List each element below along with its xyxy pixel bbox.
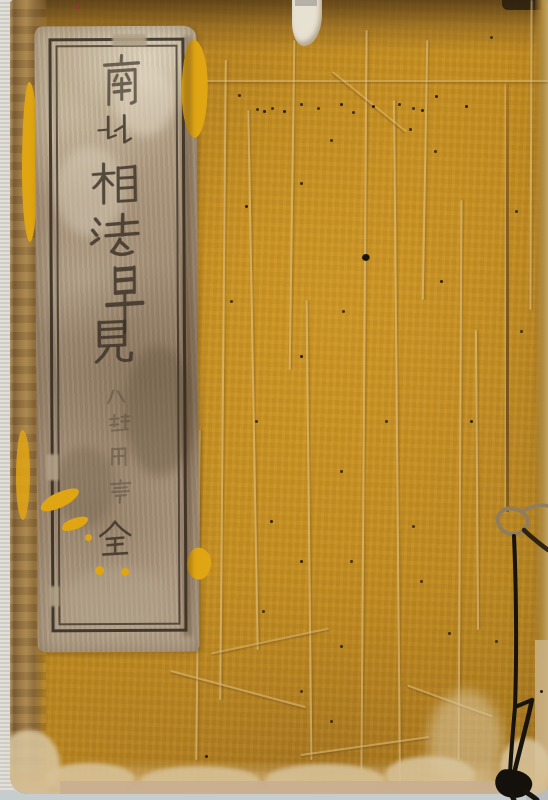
diagonal-crease (300, 736, 429, 756)
title-char-3 (91, 160, 143, 208)
horizontal-crease (195, 80, 548, 82)
crease-line (529, 0, 532, 310)
inscription-char (103, 386, 129, 408)
crease-line (219, 60, 227, 700)
title-char-2 (95, 113, 141, 149)
inscription-char (107, 478, 135, 506)
crease-line (393, 100, 401, 780)
frame-worn-break (49, 586, 59, 606)
wormholes-and-specks (10, 0, 13, 3)
diagonal-crease (170, 670, 306, 708)
torn-paper-shadow (295, 0, 317, 6)
crease-line (247, 110, 258, 650)
dark-spot (362, 254, 370, 261)
title-slip: 南北相法早見 (34, 26, 199, 653)
crease-line (306, 300, 313, 760)
slip-edge-shadow (183, 36, 192, 636)
photo-scene: 南北相法早見 (0, 0, 548, 800)
title-char-4 (87, 210, 145, 266)
title-char-1 (97, 54, 147, 110)
binding-threads (440, 460, 548, 800)
crease-line (360, 30, 367, 770)
frame-worn-break (47, 454, 59, 480)
inscription-char (107, 444, 133, 470)
title-char-6 (82, 318, 142, 368)
crease-line (422, 40, 429, 300)
inscription-char (106, 412, 132, 436)
frame-worn-break (112, 34, 146, 46)
fold-crease-dark (506, 84, 509, 512)
volume-mark-char (95, 520, 135, 562)
crease-line (289, 40, 296, 370)
